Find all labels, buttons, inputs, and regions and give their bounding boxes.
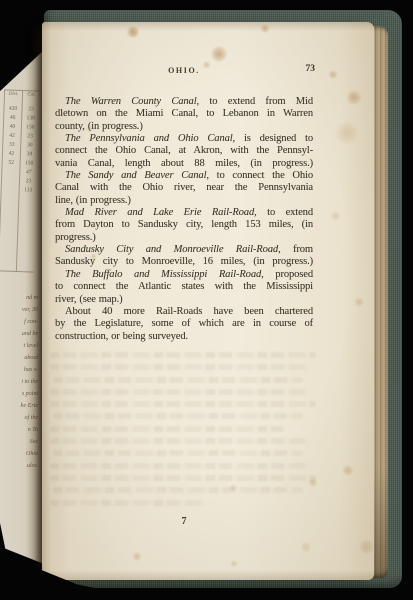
foxing-spot [330, 211, 341, 221]
foxing-spot [354, 297, 364, 307]
bleed-through-text [50, 352, 316, 512]
foxing-spot [260, 24, 270, 33]
previous-page-text-fragments: nd mver, 30f con-and bet levelabouthas s… [0, 292, 38, 472]
text-line: The Buffalo and Mississippi Rail-Road, p… [55, 269, 313, 281]
foxing-spot [210, 46, 228, 62]
foxing-spot [126, 26, 140, 38]
signature-mark: 7 [55, 516, 313, 527]
text-line: from Dayton to Sandusky city, length 153… [55, 219, 313, 231]
text-line: to connect the Atlantic states with the … [55, 281, 313, 293]
foxing-spot [358, 540, 375, 554]
text-line: Mad River and Lake Erie Rail-Road, to ex… [55, 207, 313, 219]
running-head: OHIO. [55, 66, 313, 75]
previous-page-edge: Dist.Cal. 420464042334252 23138150233038… [0, 50, 44, 564]
foxing-spot [132, 552, 142, 561]
book-photo: Dist.Cal. 420464042334252 23138150233038… [0, 0, 413, 600]
text-line: by the Legislature, some of which are in… [55, 318, 313, 330]
book-page: OHIO. 73 The Warren County Canal, to ext… [42, 22, 374, 580]
text-line: About 40 more Rail-Roads have been chart… [55, 306, 313, 318]
foxing-spot [334, 122, 360, 144]
text-line: The Sandy and Beaver Canal, to connect t… [55, 170, 313, 182]
text-line: county, (in progress.) [55, 121, 313, 133]
text-line: Canal with the Ohio river, near the Penn… [55, 182, 313, 194]
text-block: The Warren County Canal, to extend from … [55, 96, 313, 343]
text-line: progress.) [55, 232, 313, 244]
text-line: river, (see map.) [55, 294, 313, 306]
text-line: dletown on the Miami Canal, to Lebanon i… [55, 108, 313, 120]
text-line: construction, or being surveyed. [55, 331, 313, 343]
text-line: Sandusky City and Monroeville Rail-Road,… [55, 244, 313, 256]
text-line: connect the Ohio Canal, at Akron, with t… [55, 145, 313, 157]
foxing-spot [300, 542, 312, 552]
foxing-spot [230, 560, 238, 567]
text-line: vania Canal, length about 88 miles, (in … [55, 158, 313, 170]
foxing-spot [346, 90, 362, 105]
text-line: The Pennsylvania and Ohio Canal, is desi… [55, 133, 313, 145]
foxing-spot [328, 70, 338, 79]
previous-page-table-sliver: Dist.Cal. 420464042334252 23138150233038… [0, 89, 40, 272]
text-line: The Warren County Canal, to extend from … [55, 96, 313, 108]
page-number: 73 [306, 64, 316, 74]
text-line: Sandusky city to Monroeville, 16 miles, … [55, 256, 313, 268]
foxing-spot [342, 465, 354, 476]
text-line: line, (in progress.) [55, 195, 313, 207]
